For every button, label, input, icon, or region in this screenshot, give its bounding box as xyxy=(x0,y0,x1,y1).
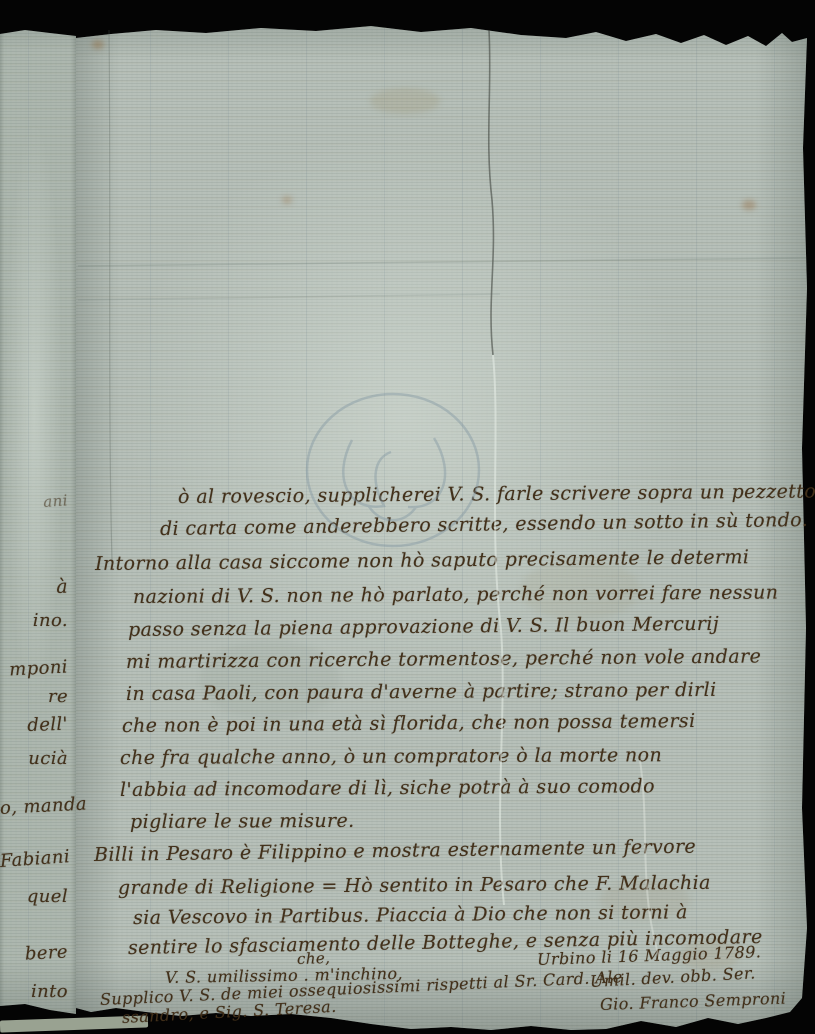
manuscript-line: l'abbia ad incomodare di lì, siche potrà… xyxy=(120,775,655,801)
page-shading xyxy=(0,0,76,1034)
manuscript-line: pigliare le sue misure. xyxy=(130,810,355,833)
page-edge-fragment: into xyxy=(0,981,68,1002)
adjacent-page-edge xyxy=(0,0,78,1034)
manuscript-line: in casa Paoli, con paura d'averne à part… xyxy=(126,679,717,705)
manuscript-line: nazioni di V. S. non ne hò parlato, perc… xyxy=(133,581,779,608)
page-edge-fragment: à xyxy=(0,576,68,600)
page-edge-fragment: bere xyxy=(0,941,68,966)
page-edge-fragment: re xyxy=(0,686,68,707)
page-edge-fragment: o, manda xyxy=(0,794,68,819)
page-edge-fragment: dell' xyxy=(0,714,68,737)
manuscript-scan: ani à ino. mponi re dell' ucià o, manda … xyxy=(0,0,815,1034)
manuscript-line: che fra qualche anno, ò un compratore ò … xyxy=(120,744,662,769)
page-edge-fragment: mponi xyxy=(0,656,68,681)
chain-line xyxy=(28,0,29,1034)
page-edge-fragment: quel xyxy=(0,886,68,907)
page-edge-fragment: ino. xyxy=(0,610,68,631)
page-edge-fragment: ucià xyxy=(0,748,68,769)
